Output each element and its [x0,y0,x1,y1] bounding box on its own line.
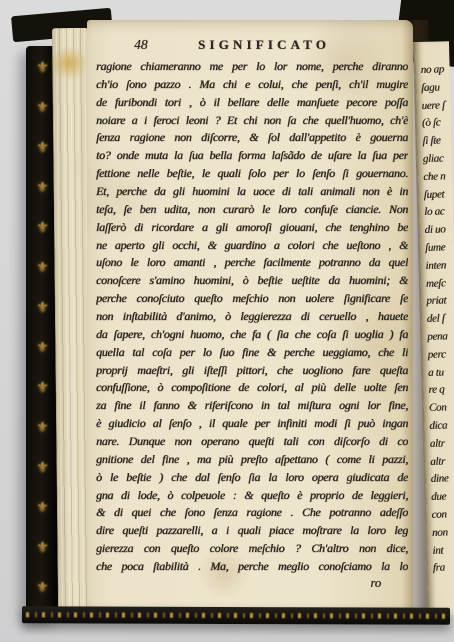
fragment-line: meſc [426,275,454,294]
text-line: laſſerò di ricordare a gli amoroſi gioua… [96,219,408,237]
running-header: SIGNIFICATO [198,37,330,53]
text-line: dire queſti pazzarelli, a i quali piace … [96,522,408,540]
fleur-de-lis-icon: ⚜ [36,461,49,476]
fragment-line: con [431,506,454,525]
text-line: uſono le loro amanti , perche facilmente… [96,254,408,272]
fragment-line: uere ſ [421,97,450,116]
text-line: za fine il fanno & riferiſcono in tal mi… [96,397,408,415]
text-line: to? onde muta la ſua bella forma laſsãdo… [96,147,408,165]
fragment-line: ſume [425,239,454,258]
fragment-line: no ap [420,61,449,80]
fleur-de-lis-icon: ⚜ [36,341,49,356]
fragment-line: lo ac [424,204,453,223]
text-line: teſa, ſe ben udita, non curarò le loro c… [96,201,408,219]
fragment-line: int [432,542,454,561]
fleur-de-lis-icon: ⚜ [36,581,49,596]
body-text-block: ragione chiameranno me per lo lor nome, … [96,58,408,576]
fragment-line: che n [423,168,452,187]
text-line: Et, perche da gli huomini la uoce di tal… [96,183,408,201]
fragment-line: ſi ſte [422,132,451,151]
text-line: confuſſione, ò compoſitione de colori, a… [96,379,408,397]
fragment-line: inten [425,257,454,276]
fleur-de-lis-icon: ⚜ [36,101,49,116]
fragment-line: dine [430,470,454,489]
fragment-line: ſupet [424,186,453,205]
text-line: da ſapere, ch'ogni huomo, che fa ( ſia c… [96,326,408,344]
fragment-line: gliac [423,150,452,169]
fragment-line: di uo [424,221,453,240]
fragment-line: re q [428,382,454,401]
text-line: ò le beſtie ) che dal ſenſo ſia la loro … [96,469,408,487]
fleur-de-lis-icon: ⚜ [36,301,49,316]
fragment-line: Con [429,399,454,418]
book-photograph: ⚜⚜⚜⚜⚜⚜⚜⚜⚜⚜⚜⚜⚜⚜ 48 SIGNIFICATO ragione ch… [0,0,454,642]
fleur-de-lis-icon: ⚜ [36,541,49,556]
fragment-line: altr [430,435,454,454]
fleur-de-lis-icon: ⚜ [36,221,49,236]
catchword: ro [370,576,381,591]
main-page: 48 SIGNIFICATO ragione chiameranno me pe… [87,20,413,614]
worn-gilt-patch [50,46,88,80]
fleur-de-lis-icon: ⚜ [36,261,49,276]
fragment-line: (ò ſc [422,115,451,134]
fragment-line: perc [427,346,454,365]
text-line: gnitione del fine , ma più preſto aſpett… [96,451,408,469]
text-line: perche conoſciuto queſto meſchio non uol… [96,290,408,308]
fleur-de-lis-icon: ⚜ [36,61,49,76]
text-line: gierezza con queſto colore meſchio ? Ch'… [96,540,408,558]
folio-number: 48 [134,37,148,53]
text-line: noiare a i feroci leoni ? Et chi non ſa … [96,112,408,130]
text-line: è giudicio al ſenſo , il quale per infin… [96,415,408,433]
text-line: de furibondi tori , ò il bellare delle m… [96,94,408,112]
fragment-line: due [431,488,454,507]
text-line: ſenza ragione non diſcorre, & ſol dall'a… [96,129,408,147]
text-line: ne aperto gli occhi, & guardino a colori… [96,237,408,255]
text-line: fettione nelle beſtie, le quali ſolo per… [96,165,408,183]
text-line: proprij maeſtri, gli iſteſſi pittori, ch… [96,362,408,380]
fragment-line: non [432,524,454,543]
fragment-line: altr [430,453,454,472]
fleur-de-lis-icon: ⚜ [36,181,49,196]
text-line: ch'io ſono pazzo . Ma chi e colui, che p… [96,76,408,94]
fragment-line: pena [427,328,454,347]
fleur-de-lis-icon: ⚜ [36,381,49,396]
fleur-de-lis-icon: ⚜ [36,501,49,516]
gold-roll-tooling [26,612,446,618]
fleur-de-lis-icon: ⚜ [36,421,49,436]
text-line: ragione chiameranno me per lo lor nome, … [96,58,408,76]
text-line: nare. Dunque non operano queſti tali con… [96,433,408,451]
text-line: conoſcere s'amino huomini, ò beſtie ueſt… [96,272,408,290]
fragment-line: del ſ [427,310,454,329]
fragment-line: a tu [428,364,454,383]
fragment-line: ſagu [421,79,450,98]
book-cover-bottom-edge [22,606,450,624]
text-line: non inſtabilità d'animo, ò leggierezza d… [96,308,408,326]
text-line: che poca ſtabilità . Ma, perche meglio c… [96,558,408,576]
fragment-line: priat [426,293,454,312]
fragment-line: dica [429,417,454,436]
text-line: quella tal coſa per lo ſuo fine & perche… [96,344,408,362]
fragment-line: fra [433,559,454,578]
fleur-de-lis-icon: ⚜ [36,141,49,156]
text-line: & di quei che ſono ſenza ragione . Che p… [96,504,408,522]
text-line: gna di lode, ò colpeuole : & queſto è pr… [96,487,408,505]
